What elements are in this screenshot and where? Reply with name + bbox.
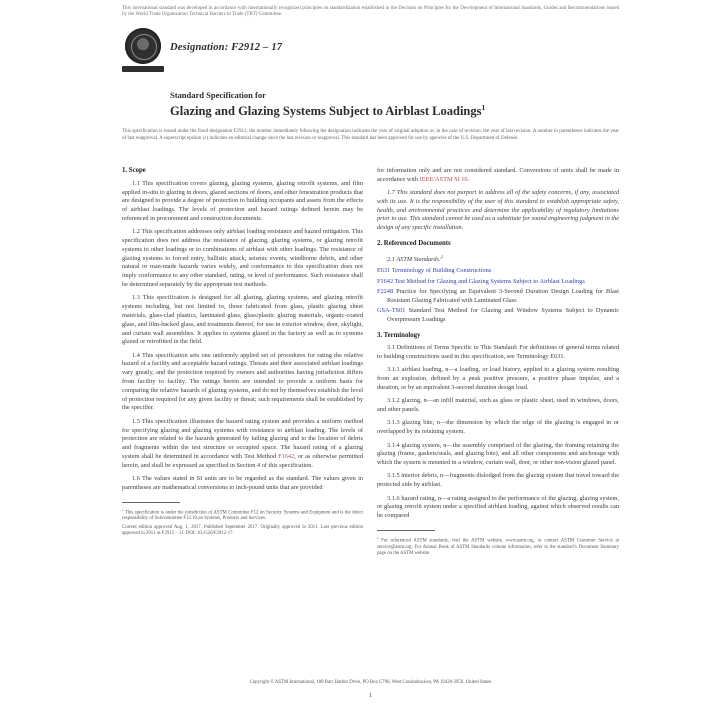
logo-banner	[122, 66, 164, 72]
astm-standards-footnote-ref: 2	[441, 255, 443, 259]
wto-tbt-note: This international standard was develope…	[122, 6, 619, 19]
globe-seal-icon	[125, 28, 161, 64]
definition-3-1-2: 3.1.2 glazing, n—an infill material, suc…	[377, 397, 619, 415]
title-text: Glazing and Glazing Systems Subject to A…	[170, 104, 482, 118]
paragraph-text: .	[468, 176, 470, 183]
definition-3-1-3: 3.1.3 glazing bite, n—the dimension by w…	[377, 419, 619, 437]
definition-3-1-4: 3.1.4 glazing system, n—the assembly com…	[377, 442, 619, 468]
title-kicker: Standard Specification for	[170, 90, 619, 100]
definition-3-1-5: 3.1.5 interior debris, n—fragments dislo…	[377, 472, 619, 490]
astm-standard-page: This international standard was develope…	[0, 0, 722, 722]
page-title: Glazing and Glazing Systems Subject to A…	[170, 100, 619, 119]
f2248-link[interactable]: F2248	[377, 288, 393, 295]
astm-standards-subheading: 2.1 ASTM Standards:2	[377, 253, 619, 265]
referenced-standard-e631: E631 Terminology of Building Constructio…	[377, 267, 619, 276]
f1642-title-link[interactable]: Test Method for Glazing and Glazing Syst…	[395, 278, 585, 285]
referenced-standard-f1642: F1642 Test Method for Glazing and Glazin…	[377, 278, 619, 287]
gsa-ts01-link[interactable]: GSA-TS01	[377, 307, 405, 314]
scope-paragraph-1-6-continued: for information only and are not conside…	[377, 167, 619, 185]
footnote-2: 2 For referenced ASTM standards, visit t…	[377, 535, 619, 557]
page-number: 1	[122, 692, 619, 699]
e631-link[interactable]: E631	[377, 267, 390, 274]
terminology-paragraph-3-1: 3.1 Definitions of Terms Specific to Thi…	[377, 344, 619, 362]
copyright-line: Copyright © ASTM International, 100 Barr…	[122, 680, 619, 685]
title-footnote-ref: 1	[482, 103, 486, 112]
section-heading-terminology: 3. Terminology	[377, 332, 619, 341]
definition-3-1-6: 3.1.6 hazard rating, n—a rating assigned…	[377, 495, 619, 521]
f1642-crossref-link[interactable]: F1642	[278, 453, 294, 460]
right-column: for information only and are not conside…	[377, 167, 619, 560]
footnote-1-text: This specification is under the jurisdic…	[122, 510, 363, 521]
f1642-link[interactable]: F1642	[377, 278, 393, 285]
scope-paragraph-1-7: 1.7 This standard does not purport to ad…	[377, 189, 619, 233]
footnote-separator	[122, 502, 180, 503]
definition-3-1-1: 3.1.1 airblast loading, n—a loading, or …	[377, 366, 619, 392]
scope-paragraph-1-6: 1.6 The values stated in SI units are to…	[122, 475, 363, 493]
scope-paragraph-1-4: 1.4 This specification sets one uniforml…	[122, 352, 363, 414]
subheading-text: 2.1 ASTM Standards:	[387, 256, 441, 263]
title-block: Standard Specification for Glazing and G…	[170, 90, 619, 119]
si10-crossref-link[interactable]: IEEE/ASTM SI 10	[420, 176, 468, 183]
scope-paragraph-1-3: 1.3 This specification is designed for a…	[122, 294, 363, 347]
footnote-separator	[377, 530, 435, 531]
f2248-title: Practice for Specifying an Equivalent 3-…	[387, 288, 619, 304]
paragraph-text: for information only and are not conside…	[377, 167, 619, 183]
scope-paragraph-1-2: 1.2 This specification addresses only ai…	[122, 228, 363, 290]
referenced-standard-gsa-ts01: GSA-TS01 Standard Test Method for Glazin…	[377, 307, 619, 325]
designation-line: Designation: F2912 – 17	[170, 42, 282, 53]
issue-note: This specification is issued under the f…	[122, 129, 619, 142]
section-heading-scope: 1. Scope	[122, 167, 363, 176]
scope-paragraph-1-5: 1.5 This specification illustrates the h…	[122, 418, 363, 471]
referenced-standards-list: E631 Terminology of Building Constructio…	[377, 267, 619, 324]
astm-international-logo-icon	[122, 28, 164, 76]
left-column: 1. Scope 1.1 This specification covers g…	[122, 167, 363, 540]
footnote-2-text: For referenced ASTM standards, visit the…	[377, 538, 619, 555]
e631-title-link[interactable]: Terminology of Building Constructions	[392, 267, 491, 274]
referenced-standard-f2248: F2248 Practice for Specifying an Equival…	[377, 288, 619, 306]
footnote-edition: Current edition approved Aug. 1, 2017. P…	[122, 525, 363, 537]
section-heading-referenced-documents: 2. Referenced Documents	[377, 240, 619, 249]
scope-paragraph-1-1: 1.1 This specification covers glazing, g…	[122, 180, 363, 224]
footnote-1: 1 This specification is under the jurisd…	[122, 507, 363, 523]
gsa-ts01-title: Standard Test Method for Glazing and Win…	[387, 307, 619, 323]
